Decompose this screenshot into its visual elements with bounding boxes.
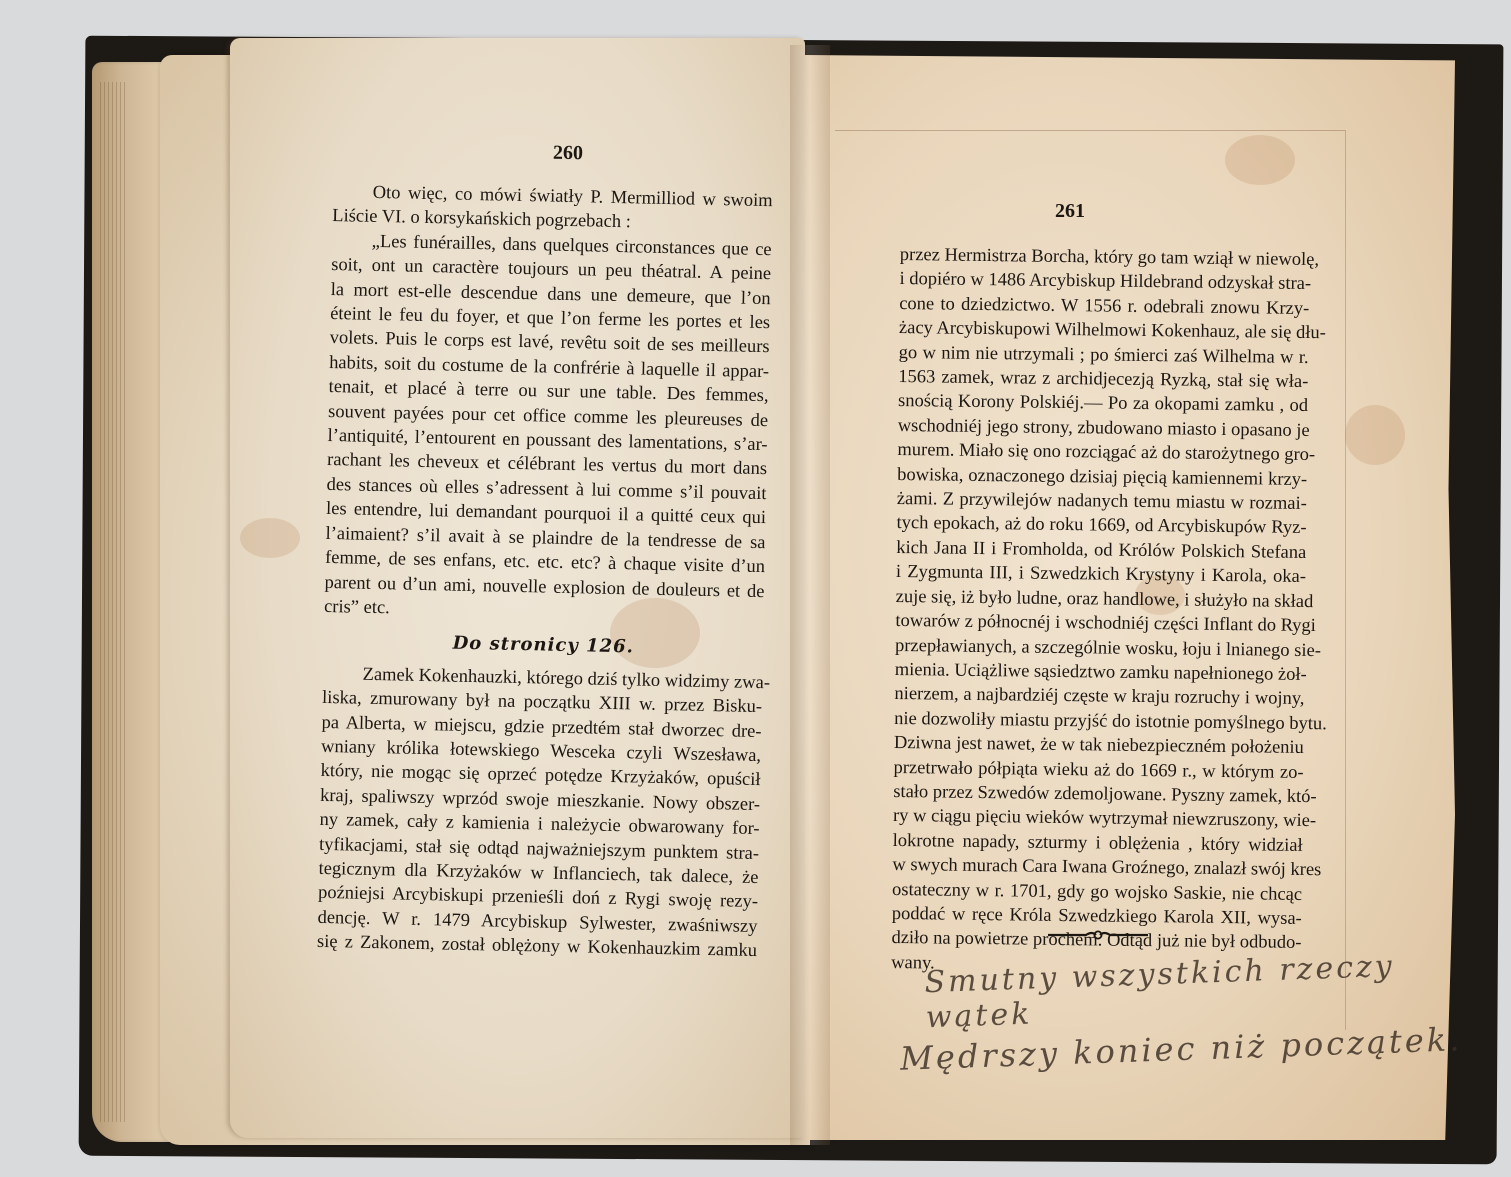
plate-mark [1345,130,1347,1030]
page-number-left: 260 [553,142,583,166]
left-page-text: Oto więc, co mówi światły P. Mermilliod … [317,180,773,964]
paper-stain [240,518,300,558]
section-heading: Do stronicy 126. [323,629,763,663]
paper-stain [1225,135,1295,185]
plate-mark [835,130,1345,132]
page-edges [100,82,128,1122]
page-number-right: 261 [1055,200,1085,223]
book-gutter [790,45,830,1145]
right-page-text: przez Hermistrza Borcha, który go tam wz… [891,243,1310,980]
paper-stain [1345,405,1405,465]
tailpiece-ornament-icon [1048,928,1148,942]
